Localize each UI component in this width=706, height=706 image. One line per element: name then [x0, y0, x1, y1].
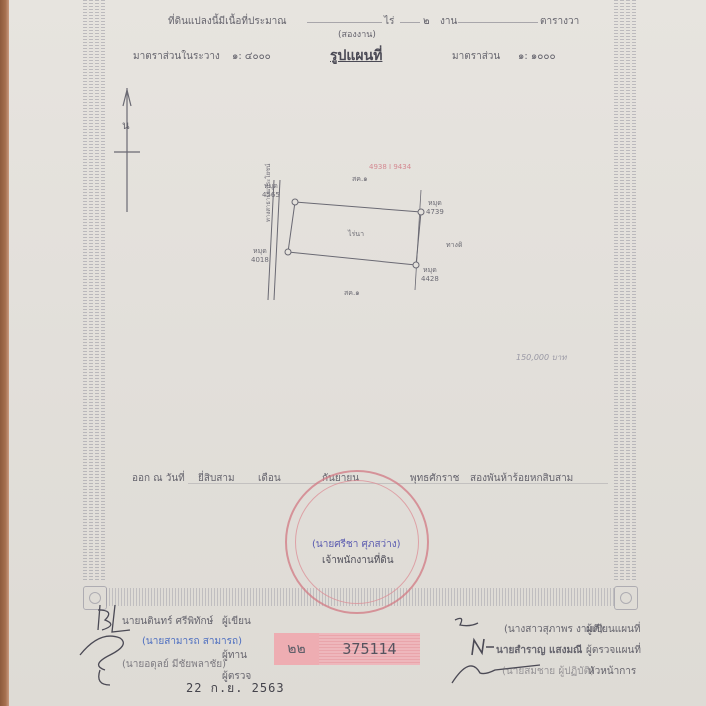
right-signer-3-role: หัวหน้าการ: [588, 664, 636, 679]
west-road-label: ทางสาธารณประโยชน์: [264, 164, 273, 222]
right-signer-2-role: ผู้ตรวจแผนที่: [586, 643, 641, 658]
left-signer-1-name: นายนตินทร์ ศรีพิทักษ์: [122, 614, 213, 629]
ngan-unit: งาน: [440, 14, 457, 29]
right-decorative-border: [614, 0, 636, 580]
corner-ornament-right: [614, 586, 638, 610]
map-sheet-reference: 4938 I 9434: [369, 163, 411, 172]
plot-center-label: ไร่นา: [348, 230, 364, 239]
page-title: รูปแผนที่: [330, 45, 382, 67]
ngan-leading-line: [400, 22, 420, 23]
pencil-price-note: 150,000 บาท: [516, 351, 566, 364]
ngan-in-words: (สองงาน): [338, 27, 376, 41]
map-scale-value: ๑: ๔๐๐๐: [232, 49, 271, 64]
deed-serial-number: ๒๒ 375114: [274, 633, 420, 665]
issue-day: ยี่สิบสาม: [198, 471, 235, 486]
north-label: น: [122, 116, 130, 134]
date-stamp: 22 ก.ย. 2563: [186, 679, 285, 698]
area-prefix: ที่ดินแปลงนี้มีเนื้อที่ประมาณ: [168, 14, 287, 29]
seal-official-name: (นายศรีชา ศุภสว่าง): [312, 537, 401, 552]
right-signer-1-role: ผู้เขียนแผนที่: [586, 622, 641, 637]
plot-scale-label: มาตราส่วน: [452, 49, 500, 64]
north-arrow-icon: [112, 86, 142, 214]
serial-number: 375114: [319, 633, 420, 665]
wooden-surface-edge: [0, 0, 9, 706]
month-label: เดือน: [258, 471, 281, 486]
seal-official-title: เจ้าพนักงานที่ดิน: [322, 553, 394, 568]
left-signer-2-name: (นายสามารถ สามารถ): [142, 634, 242, 649]
wa-unit: ตารางวา: [540, 14, 579, 29]
right-signer-3-name: (นายสมชาย ผู้ปฏิบัติ): [502, 664, 594, 679]
right-signer-2-name: นายสำราญ แสงมณี: [496, 643, 582, 658]
left-signer-1-role: ผู้เขียน: [222, 614, 251, 629]
rai-blank-line: [307, 22, 382, 23]
marker-4018: หมุด4018: [251, 247, 269, 265]
ngan-value: ๒: [423, 14, 430, 29]
map-scale-label: มาตราส่วนในระวาง: [133, 49, 220, 64]
issue-date-prefix: ออก ณ วันที่: [132, 471, 185, 486]
marker-4428: หมุด4428: [421, 266, 439, 284]
marker-4739: หมุด4739: [426, 199, 444, 217]
left-decorative-border: [83, 0, 105, 580]
year-label: พุทธศักราช: [410, 471, 459, 486]
wa-blank-line: [458, 22, 538, 23]
plot-scale-value: ๑: ๑๐๐๐: [518, 49, 556, 64]
rai-unit: ไร่: [384, 14, 394, 29]
east-neighbor-label: ทางดิ: [446, 241, 463, 250]
serial-prefix: ๒๒: [274, 633, 319, 665]
issue-year: สองพันห้าร้อยหกสิบสาม: [470, 471, 573, 486]
left-signer-3-name: (นายอดุลย์ มีชัยพลาชัย): [122, 657, 226, 672]
south-neighbor-label: สค.๑: [344, 289, 360, 298]
